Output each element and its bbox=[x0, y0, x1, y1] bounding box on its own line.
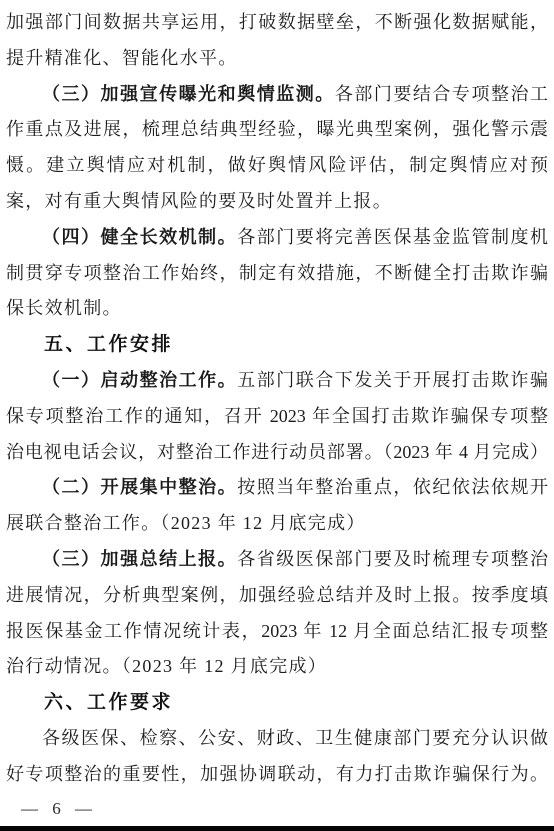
document-line: 治行动情况。（2023 年 12 月底完成） bbox=[6, 649, 548, 685]
line-text: 展联合整治工作。（2023 年 12 月底完成） bbox=[6, 513, 366, 533]
paragraph-lead: （四）健全长效机制。 bbox=[42, 227, 237, 247]
section-heading: 六、工作要求 bbox=[6, 685, 548, 721]
document-line: 进展情况，分析典型案例，加强经验总结并及时上报。按季度填 bbox=[6, 578, 548, 614]
document-line: 各级医保、检察、公安、财政、卫生健康部门要充分认识做 bbox=[6, 721, 548, 757]
document-line: 作重点及进展，梳理总结典型经验，曝光典型案例，强化警示震 bbox=[6, 112, 548, 148]
line-text: 各省级医保部门要及时梳理专项整治 bbox=[237, 549, 548, 569]
paragraph-lead: （三）加强宣传曝光和舆情监测。 bbox=[42, 84, 335, 104]
line-text: 五、工作安排 bbox=[44, 334, 173, 355]
document-page: 加强部门间数据共享运用，打破数据壁垒，不断强化数据赋能，提升精准化、智能化水平。… bbox=[0, 0, 554, 831]
document-line: 保专项整治工作的通知，召开 2023 年全国打击欺诈骗保专项整 bbox=[6, 399, 548, 435]
line-text: 提升精准化、智能化水平。 bbox=[6, 48, 238, 68]
line-text: 加强部门间数据共享运用，打破数据壁垒，不断强化数据赋能， bbox=[6, 12, 548, 32]
document-line: 展联合整治工作。（2023 年 12 月底完成） bbox=[6, 506, 548, 542]
document-line: （一）启动整治工作。五部门联合下发关于开展打击欺诈骗 bbox=[6, 363, 548, 399]
line-text: 各级医保、检察、公安、财政、卫生健康部门要充分认识做 bbox=[42, 728, 548, 748]
paragraph-lead: （二）开展集中整治。 bbox=[42, 477, 237, 497]
document-line: （三）加强总结上报。各省级医保部门要及时梳理专项整治 bbox=[6, 542, 548, 578]
document-line: 制贯穿专项整治工作始终，制定有效措施，不断健全打击欺诈骗 bbox=[6, 256, 548, 292]
paragraph-lead: （三）加强总结上报。 bbox=[42, 549, 237, 569]
document-line: 提升精准化、智能化水平。 bbox=[6, 41, 548, 77]
line-text: 制贯穿专项整治工作始终，制定有效措施，不断健全打击欺诈骗 bbox=[6, 263, 548, 283]
document-line: 保长效机制。 bbox=[6, 291, 548, 327]
section-heading: 五、工作安排 bbox=[6, 327, 548, 363]
document-line: 案，对有重大舆情风险的要及时处置并上报。 bbox=[6, 184, 548, 220]
document-line: 治电视电话会议，对整治工作进行动员部署。（2023 年 4 月完成） bbox=[6, 435, 548, 471]
page-number: — 6 — bbox=[21, 799, 97, 819]
line-text: 各部门要结合专项整治工 bbox=[335, 84, 548, 104]
line-text: 进展情况，分析典型案例，加强经验总结并及时上报。按季度填 bbox=[6, 585, 548, 605]
document-text-block: 加强部门间数据共享运用，打破数据壁垒，不断强化数据赋能，提升精准化、智能化水平。… bbox=[6, 5, 548, 793]
line-text: 各部门要将完善医保基金监管制度机 bbox=[237, 227, 548, 247]
line-text: 按照当年整治重点，依纪依法依规开 bbox=[237, 477, 548, 497]
line-text: 案，对有重大舆情风险的要及时处置并上报。 bbox=[6, 191, 392, 211]
line-text: 好专项整治的重要性，加强协调联动，有力打击欺诈骗保行为。 bbox=[6, 764, 548, 784]
line-text: 六、工作要求 bbox=[44, 692, 173, 713]
line-text: 报医保基金工作情况统计表，2023 年 12 月全面总结汇报专项整 bbox=[6, 621, 548, 641]
line-text: 治电视电话会议，对整治工作进行动员部署。（2023 年 4 月完成） bbox=[6, 442, 548, 462]
document-line: 加强部门间数据共享运用，打破数据壁垒，不断强化数据赋能， bbox=[6, 5, 548, 41]
document-line: （二）开展集中整治。按照当年整治重点，依纪依法依规开 bbox=[6, 470, 548, 506]
line-text: 保专项整治工作的通知，召开 2023 年全国打击欺诈骗保专项整 bbox=[6, 406, 548, 426]
document-line: （三）加强宣传曝光和舆情监测。各部门要结合专项整治工 bbox=[6, 77, 548, 113]
line-text: 作重点及进展，梳理总结典型经验，曝光典型案例，强化警示震 bbox=[6, 119, 548, 139]
document-line: 报医保基金工作情况统计表，2023 年 12 月全面总结汇报专项整 bbox=[6, 614, 548, 650]
line-text: 治行动情况。（2023 年 12 月底完成） bbox=[6, 656, 327, 676]
line-text: 五部门联合下发关于开展打击欺诈骗 bbox=[237, 370, 548, 390]
document-line: 慑。建立舆情应对机制，做好舆情风险评估，制定舆情应对预 bbox=[6, 148, 548, 184]
page-bottom-edge bbox=[0, 826, 554, 831]
line-text: 保长效机制。 bbox=[6, 298, 122, 318]
document-line: 好专项整治的重要性，加强协调联动，有力打击欺诈骗保行为。 bbox=[6, 757, 548, 793]
line-text: 慑。建立舆情应对机制，做好舆情风险评估，制定舆情应对预 bbox=[6, 155, 548, 175]
paragraph-lead: （一）启动整治工作。 bbox=[42, 370, 237, 390]
document-line: （四）健全长效机制。各部门要将完善医保基金监管制度机 bbox=[6, 220, 548, 256]
